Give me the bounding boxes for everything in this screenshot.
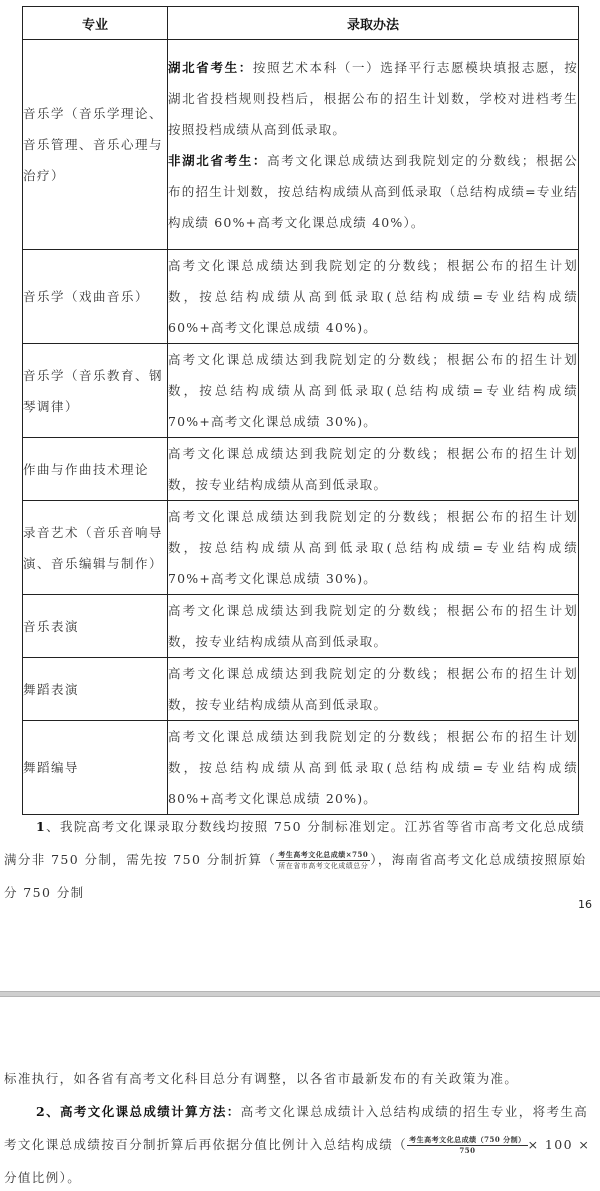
document-page-17: 标准执行，如各省有高考文化科目总分有调整，以各省市最新发布的有关政策为准。 2、… xyxy=(0,997,600,1191)
note-2-label: 2、高考文化课总成绩计算方法： xyxy=(36,1104,241,1119)
table-header-row: 专业 录取办法 xyxy=(23,7,579,40)
major-cell: 录音艺术（音乐音响导演、音乐编辑与制作） xyxy=(23,501,168,595)
formula-numerator: 考生高考文化总成绩×750 xyxy=(276,850,370,861)
method-cell: 高考文化课总成绩达到我院划定的分数线；根据公布的招生计划数，按总结构成绩从高到低… xyxy=(168,721,579,815)
major-cell: 舞蹈表演 xyxy=(23,658,168,721)
percentage-formula: 考生高考文化总成绩（750 分制）750 xyxy=(407,1135,528,1156)
header-method: 录取办法 xyxy=(168,7,579,40)
table-row: 音乐学（音乐学理论、音乐管理、音乐心理与治疗） 湖北省考生：按照艺术本科（一）选… xyxy=(23,40,579,250)
note-1: 1、我院高考文化课录取分数线均按照 750 分制标准划定。江苏省等省市高考文化总… xyxy=(0,810,600,909)
note-2: 2、高考文化课总成绩计算方法：高考文化课总成绩计入总结构成绩的招生专业，将考生高… xyxy=(0,1095,600,1191)
table-row: 舞蹈编导 高考文化课总成绩达到我院划定的分数线；根据公布的招生计划数，按总结构成… xyxy=(23,721,579,815)
non-hubei-label: 非湖北省考生： xyxy=(168,153,267,168)
major-cell: 舞蹈编导 xyxy=(23,721,168,815)
method-cell: 高考文化课总成绩达到我院划定的分数线；根据公布的招生计划数，按专业结构成绩从高到… xyxy=(168,438,579,501)
table-row: 音乐学（戏曲音乐） 高考文化课总成绩达到我院划定的分数线；根据公布的招生计划数，… xyxy=(23,250,579,344)
hubei-label: 湖北省考生： xyxy=(168,60,253,75)
note-1-continuation: 标准执行，如各省有高考文化科目总分有调整，以各省市最新发布的有关政策为准。 xyxy=(0,1062,600,1095)
method-cell: 高考文化课总成绩达到我院划定的分数线；根据公布的招生计划数，按专业结构成绩从高到… xyxy=(168,595,579,658)
header-major: 专业 xyxy=(23,7,168,40)
admission-method-table: 专业 录取办法 音乐学（音乐学理论、音乐管理、音乐心理与治疗） 湖北省考生：按照… xyxy=(22,6,579,815)
method-cell: 高考文化课总成绩达到我院划定的分数线；根据公布的招生计划数，按总结构成绩从高到低… xyxy=(168,344,579,438)
table-row: 音乐学（音乐教育、钢琴调律） 高考文化课总成绩达到我院划定的分数线；根据公布的招… xyxy=(23,344,579,438)
note-1-number: 1 xyxy=(36,819,46,834)
method-cell: 高考文化课总成绩达到我院划定的分数线；根据公布的招生计划数，按总结构成绩从高到低… xyxy=(168,250,579,344)
table-row: 舞蹈表演 高考文化课总成绩达到我院划定的分数线；根据公布的招生计划数，按专业结构… xyxy=(23,658,579,721)
major-cell: 音乐学（音乐教育、钢琴调律） xyxy=(23,344,168,438)
formula-numerator: 考生高考文化总成绩（750 分制） xyxy=(407,1135,528,1146)
method-cell: 高考文化课总成绩达到我院划定的分数线；根据公布的招生计划数，按总结构成绩从高到低… xyxy=(168,501,579,595)
major-cell: 作曲与作曲技术理论 xyxy=(23,438,168,501)
major-cell: 音乐学（音乐学理论、音乐管理、音乐心理与治疗） xyxy=(23,40,168,250)
method-cell: 湖北省考生：按照艺术本科（一）选择平行志愿模块填报志愿，按湖北省投档规则投档后，… xyxy=(168,40,579,250)
table-row: 音乐表演 高考文化课总成绩达到我院划定的分数线；根据公布的招生计划数，按专业结构… xyxy=(23,595,579,658)
table-row: 作曲与作曲技术理论 高考文化课总成绩达到我院划定的分数线；根据公布的招生计划数，… xyxy=(23,438,579,501)
conversion-formula: 考生高考文化总成绩×750所在省市高考文化成绩总分 xyxy=(276,850,370,871)
major-cell: 音乐表演 xyxy=(23,595,168,658)
document-page-16: 专业 录取办法 音乐学（音乐学理论、音乐管理、音乐心理与治疗） 湖北省考生：按照… xyxy=(0,0,600,991)
page-number: 16 xyxy=(578,898,592,911)
method-cell: 高考文化课总成绩达到我院划定的分数线；根据公布的招生计划数，按专业结构成绩从高到… xyxy=(168,658,579,721)
formula-denominator: 所在省市高考文化成绩总分 xyxy=(276,861,370,871)
table-row: 录音艺术（音乐音响导演、音乐编辑与制作） 高考文化课总成绩达到我院划定的分数线；… xyxy=(23,501,579,595)
major-cell: 音乐学（戏曲音乐） xyxy=(23,250,168,344)
formula-denominator: 750 xyxy=(407,1146,528,1156)
